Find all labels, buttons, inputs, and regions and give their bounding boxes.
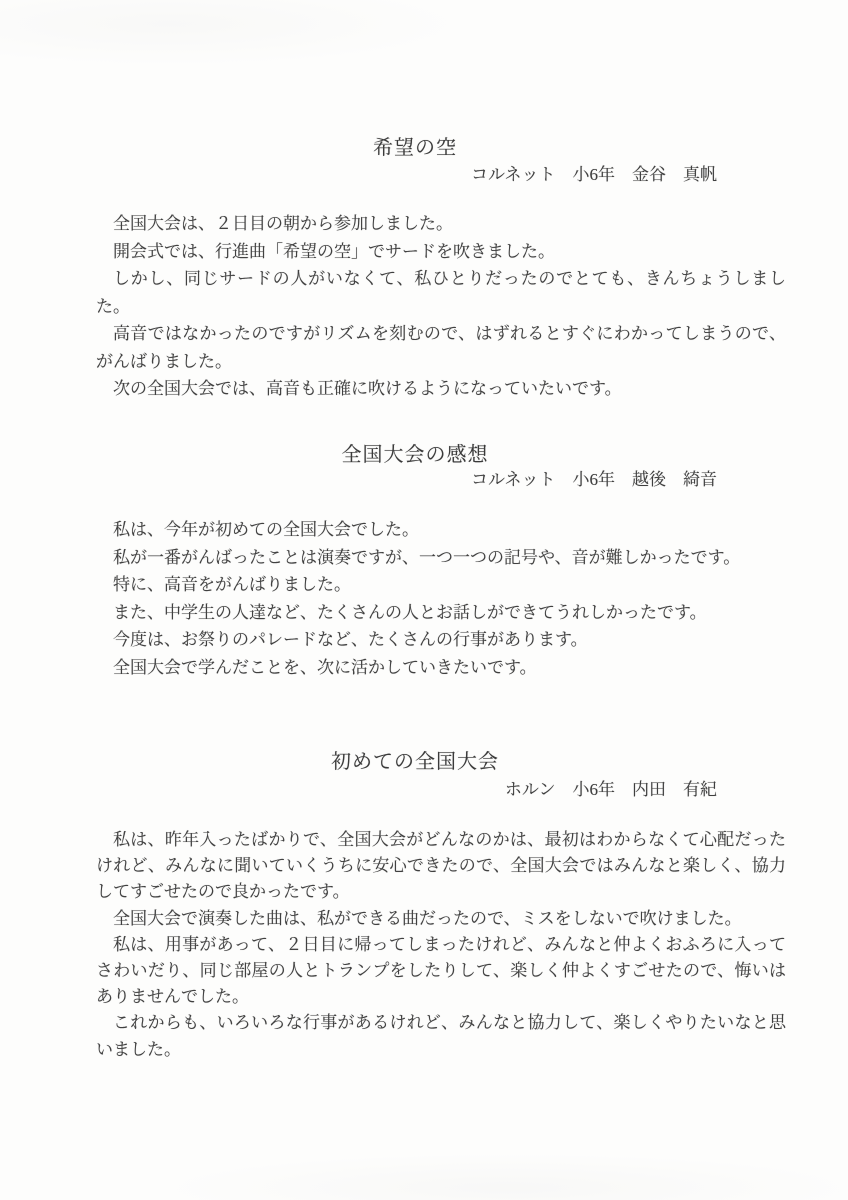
essay-paragraph: 全国大会で演奏した曲は、私ができる曲だったので、ミスをしないで吹けました。: [96, 906, 786, 932]
essay-paragraph: 開会式では、行進曲「希望の空」でサードを吹きました。: [96, 238, 786, 266]
essay-1-byline: コルネット 小6年 金谷 真帆: [471, 163, 717, 187]
essay-paragraph: 私は、今年が初めての全国大会でした。: [96, 516, 786, 544]
document-page: 希望の空 コルネット 小6年 金谷 真帆 全国大会は、２日目の朝から参加しました…: [0, 0, 848, 1200]
essay-paragraph: 全国大会で学んだことを、次に活かしていきたいです。: [96, 654, 786, 682]
essay-2-body: 私は、今年が初めての全国大会でした。 私が一番がんばったことは演奏ですが、一つ一…: [96, 516, 786, 681]
essay-3-byline: ホルン 小6年 内田 有紀: [505, 778, 717, 802]
essay-paragraph: 私は、昨年入ったばかりで、全国大会がどんなのかは、最初はわからなくて心配だったけ…: [96, 827, 786, 906]
essay-paragraph: 高音ではなかったのですがリズムを刻むので、はずれるとすぐにわかってしまうので、が…: [96, 320, 786, 375]
essay-1-title: 希望の空: [0, 133, 830, 163]
essay-paragraph: 次の全国大会では、高音も正確に吹けるようになっていたいです。: [96, 375, 786, 403]
essay-3-body: 私は、昨年入ったばかりで、全国大会がどんなのかは、最初はわからなくて心配だったけ…: [96, 827, 786, 1063]
essay-paragraph: 私が一番がんばったことは演奏ですが、一つ一つの記号や、音が難しかったです。: [96, 544, 786, 572]
essay-paragraph: しかし、同じサードの人がいなくて、私ひとりだったのでとても、きんちょうしました。: [96, 265, 786, 320]
essay-paragraph: 全国大会は、２日目の朝から参加しました。: [96, 210, 786, 238]
essay-paragraph: 特に、高音をがんばりました。: [96, 571, 786, 599]
essay-2-byline: コルネット 小6年 越後 綺音: [471, 468, 717, 492]
essay-paragraph: また、中学生の人達など、たくさんの人とお話しができてうれしかったです。: [96, 599, 786, 627]
essay-1-body: 全国大会は、２日目の朝から参加しました。 開会式では、行進曲「希望の空」でサード…: [96, 210, 786, 403]
essay-paragraph: 今度は、お祭りのパレードなど、たくさんの行事があります。: [96, 626, 786, 654]
essay-2-title: 全国大会の感想: [0, 440, 830, 470]
essay-3-title: 初めての全国大会: [0, 747, 830, 777]
essay-paragraph: これからも、いろいろな行事があるけれど、みんなと協力して、楽しくやりたいなと思い…: [96, 1010, 786, 1062]
essay-paragraph: 私は、用事があって、２日目に帰ってしまったけれど、みんなと仲よくおふろに入ってさ…: [96, 932, 786, 1011]
